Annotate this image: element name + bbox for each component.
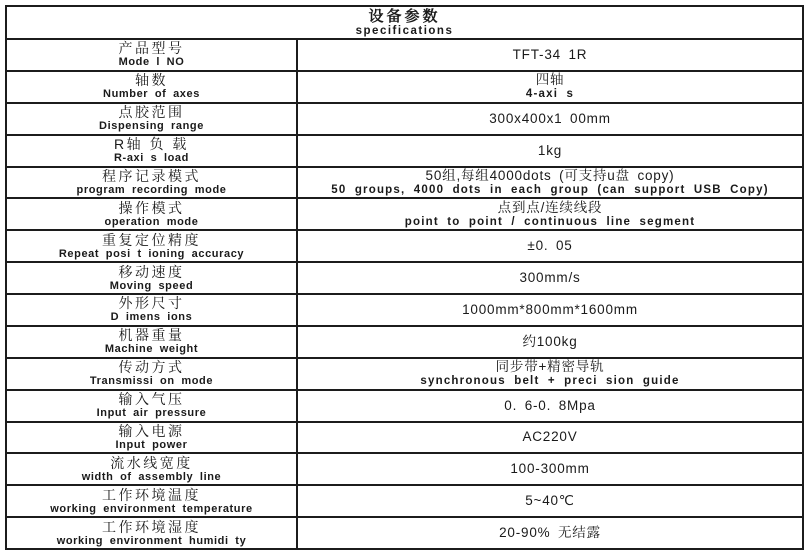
- param-label-zh: 产品型号: [119, 40, 185, 56]
- param-label-cell: 传动方式 Transmissi on mode: [7, 359, 298, 389]
- param-value-primary: 300mm/s: [519, 270, 580, 286]
- param-value-primary: 5~40℃: [525, 493, 575, 509]
- param-label-cell: 流水线宽度 width of assembly line: [7, 454, 298, 484]
- param-value-cell: TFT-34 1R: [298, 40, 802, 70]
- table-row: R轴 负 载 R-axi s load 1kg: [7, 136, 802, 168]
- param-label-zh: 外形尺寸: [119, 295, 185, 311]
- param-label-en: operation mode: [105, 216, 199, 229]
- param-value-primary: 四轴: [536, 72, 565, 88]
- param-label-zh: 点胶范围: [119, 104, 185, 120]
- param-label-en: Transmissi on mode: [90, 375, 213, 388]
- param-value-cell: 300x400x1 00mm: [298, 104, 802, 134]
- param-value-primary: 50组,每组4000dots (可支持u盘 copy): [426, 168, 675, 184]
- param-value-cell: 300mm/s: [298, 263, 802, 293]
- param-label-cell: 外形尺寸 D imens ions: [7, 295, 298, 325]
- param-value-cell: 0. 6-0. 8Mpa: [298, 391, 802, 421]
- param-value-cell: AC220V: [298, 423, 802, 453]
- param-label-cell: R轴 负 载 R-axi s load: [7, 136, 298, 166]
- param-value-primary: 同步带+精密导轨: [496, 359, 605, 375]
- param-label-zh: 重复定位精度: [102, 232, 201, 248]
- spec-table: 设备参数 specifications 产品型号 Mode l NO TFT-3…: [5, 5, 804, 550]
- param-label-en: working environment humidi ty: [57, 535, 247, 548]
- param-value-primary: AC220V: [522, 429, 577, 445]
- param-label-en: Mode l NO: [119, 56, 185, 69]
- table-row: 程序记录模式 program recording mode 50组,每组4000…: [7, 168, 802, 200]
- param-label-cell: 轴数 Number of axes: [7, 72, 298, 102]
- table-row: 工作环境湿度 working environment humidi ty 20-…: [7, 518, 802, 548]
- param-label-en: Input air pressure: [97, 407, 207, 420]
- param-label-cell: 输入气压 Input air pressure: [7, 391, 298, 421]
- param-label-cell: 机器重量 Machine weight: [7, 327, 298, 357]
- param-value-cell: 50组,每组4000dots (可支持u盘 copy) 50 groups, 4…: [298, 168, 802, 198]
- param-value-cell: 同步带+精密导轨 synchronous belt + preci sion g…: [298, 359, 802, 389]
- param-label-zh: 传动方式: [119, 359, 185, 375]
- param-label-en: R-axi s load: [114, 152, 189, 165]
- param-value-cell: 1kg: [298, 136, 802, 166]
- param-label-en: program recording mode: [77, 184, 227, 197]
- param-label-zh: 机器重量: [119, 327, 185, 343]
- param-label-en: width of assembly line: [82, 471, 222, 484]
- spec-sheet-page: 设备参数 specifications 产品型号 Mode l NO TFT-3…: [0, 0, 809, 556]
- table-row: 重复定位精度 Repeat posi t ioning accuracy ±0.…: [7, 231, 802, 263]
- param-value-secondary: point to point / continuous line segment: [405, 216, 695, 229]
- param-label-zh: 输入电源: [119, 423, 185, 439]
- param-label-zh: 程序记录模式: [102, 168, 201, 184]
- param-label-cell: 程序记录模式 program recording mode: [7, 168, 298, 198]
- param-value-primary: TFT-34 1R: [513, 47, 588, 63]
- page-title-zh: 设备参数: [368, 8, 440, 25]
- param-label-en: Number of axes: [103, 88, 200, 101]
- param-value-primary: 1kg: [538, 143, 562, 159]
- table-row: 工作环境温度 working environment temperature 5…: [7, 486, 802, 518]
- param-label-cell: 移动速度 Moving speed: [7, 263, 298, 293]
- param-label-en: working environment temperature: [50, 503, 252, 516]
- param-value-primary: 20-90% 无结露: [499, 525, 601, 541]
- param-label-zh: 输入气压: [119, 391, 185, 407]
- table-row: 移动速度 Moving speed 300mm/s: [7, 263, 802, 295]
- param-label-zh: 流水线宽度: [110, 455, 193, 471]
- param-value-cell: 约100kg: [298, 327, 802, 357]
- param-value-secondary: 4-axi s: [526, 88, 574, 101]
- param-label-cell: 重复定位精度 Repeat posi t ioning accuracy: [7, 231, 298, 261]
- param-label-zh: 工作环境湿度: [102, 519, 201, 535]
- param-value-primary: ±0. 05: [527, 238, 572, 254]
- param-label-en: D imens ions: [111, 311, 193, 324]
- param-label-zh: 轴数: [135, 72, 168, 88]
- param-label-cell: 工作环境湿度 working environment humidi ty: [7, 518, 298, 548]
- param-label-cell: 点胶范围 Dispensing range: [7, 104, 298, 134]
- param-value-cell: 四轴 4-axi s: [298, 72, 802, 102]
- table-row: 输入电源 Input power AC220V: [7, 423, 802, 455]
- param-value-cell: 点到点/连续线段 point to point / continuous lin…: [298, 199, 802, 229]
- param-label-en: Machine weight: [105, 343, 198, 356]
- param-label-en: Moving speed: [110, 280, 194, 293]
- param-label-cell: 工作环境温度 working environment temperature: [7, 486, 298, 516]
- param-value-primary: 0. 6-0. 8Mpa: [504, 398, 595, 414]
- param-label-zh: 操作模式: [119, 200, 185, 216]
- param-value-secondary: 50 groups, 4000 dots in each group (can …: [331, 184, 768, 197]
- param-value-primary: 点到点/连续线段: [498, 200, 603, 216]
- param-value-primary: 300x400x1 00mm: [489, 111, 611, 127]
- table-row: 轴数 Number of axes 四轴 4-axi s: [7, 72, 802, 104]
- param-value-primary: 1000mm*800mm*1600mm: [462, 302, 638, 318]
- param-label-cell: 操作模式 operation mode: [7, 199, 298, 229]
- param-label-en: Repeat posi t ioning accuracy: [59, 248, 244, 261]
- param-label-en: Input power: [116, 439, 188, 452]
- page-title-en: specifications: [356, 25, 454, 38]
- param-value-cell: 20-90% 无结露: [298, 518, 802, 548]
- table-row: 产品型号 Mode l NO TFT-34 1R: [7, 40, 802, 72]
- param-label-zh: 工作环境温度: [102, 487, 201, 503]
- param-label-zh: 移动速度: [119, 264, 185, 280]
- param-value-secondary: synchronous belt + preci sion guide: [420, 375, 679, 388]
- param-value-cell: ±0. 05: [298, 231, 802, 261]
- param-label-zh: R轴 负 载: [114, 136, 189, 152]
- table-row: 点胶范围 Dispensing range 300x400x1 00mm: [7, 104, 802, 136]
- table-row: 外形尺寸 D imens ions 1000mm*800mm*1600mm: [7, 295, 802, 327]
- table-row: 传动方式 Transmissi on mode 同步带+精密导轨 synchro…: [7, 359, 802, 391]
- param-value-cell: 100-300mm: [298, 454, 802, 484]
- param-label-cell: 输入电源 Input power: [7, 423, 298, 453]
- table-row: 机器重量 Machine weight 约100kg: [7, 327, 802, 359]
- table-row: 输入气压 Input air pressure 0. 6-0. 8Mpa: [7, 391, 802, 423]
- table-row: 操作模式 operation mode 点到点/连续线段 point to po…: [7, 199, 802, 231]
- param-value-primary: 100-300mm: [510, 461, 589, 477]
- param-value-primary: 约100kg: [522, 334, 577, 350]
- table-header: 设备参数 specifications: [7, 7, 802, 40]
- param-label-cell: 产品型号 Mode l NO: [7, 40, 298, 70]
- param-label-en: Dispensing range: [99, 120, 204, 133]
- param-value-cell: 5~40℃: [298, 486, 802, 516]
- table-row: 流水线宽度 width of assembly line 100-300mm: [7, 454, 802, 486]
- param-value-cell: 1000mm*800mm*1600mm: [298, 295, 802, 325]
